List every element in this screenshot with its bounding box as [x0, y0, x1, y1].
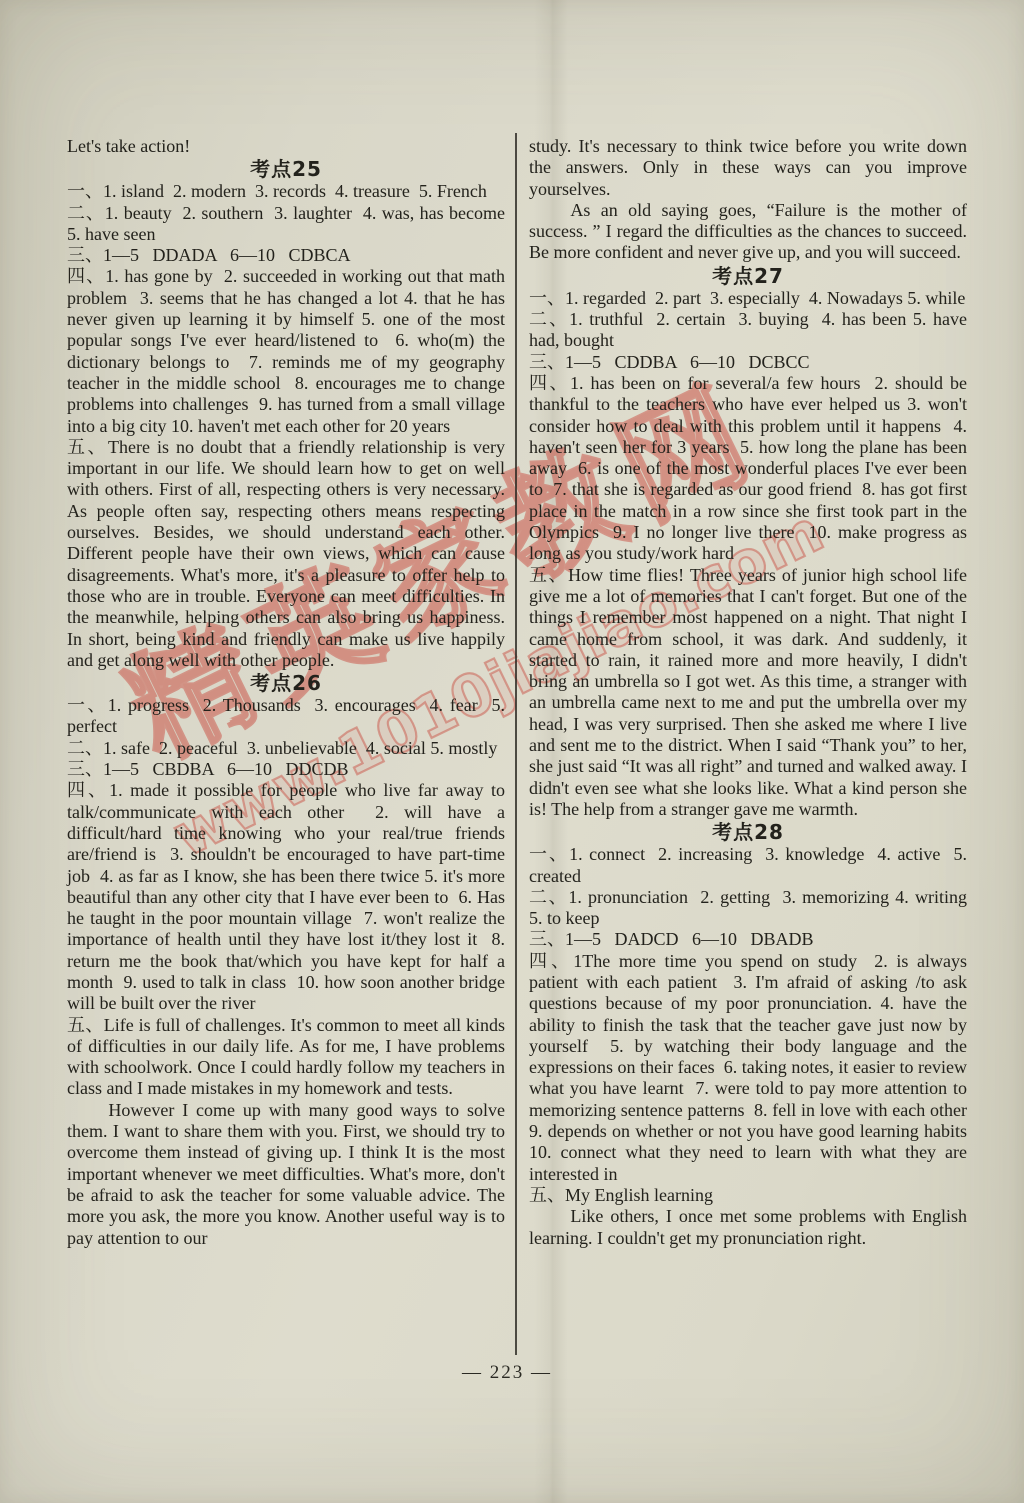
answers-section-3: 三、1—5 CBDBA 6—10 DDCDB — [67, 759, 505, 780]
answers-section-3: 三、1—5 DADCD 6—10 DBADB — [529, 929, 967, 950]
text-line: 五、My English learning — [529, 1185, 967, 1206]
answers-section-3: 三、1—5 DDADA 6—10 CDBCA — [67, 245, 505, 266]
answers-section-4: 四、1. has gone by 2. succeeded in working… — [67, 266, 505, 436]
answers-section-2: 二、1. truthful 2. certain 3. buying 4. ha… — [529, 309, 967, 352]
scanned-answer-page: 精英家教网 www.1010jiajiao.com Let's take act… — [0, 0, 1024, 1503]
page-number: — 223 — — [0, 1362, 1014, 1384]
essay-paragraph: 五、Life is full of challenges. It's commo… — [67, 1015, 505, 1100]
answers-section-2: 二、1. beauty 2. southern 3. laughter 4. w… — [67, 203, 505, 246]
heading-kaodian-26: 考点26 — [67, 671, 505, 695]
answers-section-1: 一、1. island 2. modern 3. records 4. trea… — [67, 181, 505, 202]
answers-section-4: 四、1. made it possible for people who liv… — [67, 780, 505, 1014]
essay-paragraph: However I come up with many good ways to… — [67, 1100, 505, 1249]
column-divider-rule — [515, 133, 517, 1355]
answers-section-4: 四、1. has been on for several/a few hours… — [529, 373, 967, 565]
essay-paragraph: 五、How time flies! Three years of junior … — [529, 565, 967, 821]
answers-section-1: 一、1. regarded 2. part 3. especially 4. N… — [529, 288, 967, 309]
essay-paragraph: Like others, I once met some problems wi… — [529, 1206, 967, 1249]
right-column: study. It's necessary to think twice bef… — [529, 136, 967, 1249]
answers-section-2: 二、1. safe 2. peaceful 3. unbelievable 4.… — [67, 738, 505, 759]
heading-kaodian-27: 考点27 — [529, 264, 967, 288]
essay-paragraph: As an old saying goes, “Failure is the m… — [529, 200, 967, 264]
answers-section-3: 三、1—5 CDDBA 6—10 DCBCC — [529, 352, 967, 373]
answers-section-2: 二、1. pronunciation 2. getting 3. memoriz… — [529, 887, 967, 930]
text-line: Let's take action! — [67, 136, 505, 157]
essay-paragraph: study. It's necessary to think twice bef… — [529, 136, 967, 200]
heading-kaodian-28: 考点28 — [529, 820, 967, 844]
left-column: Let's take action! 考点25 一、1. island 2. m… — [67, 136, 505, 1249]
answers-section-4: 四、1The more time you spend on study 2. i… — [529, 951, 967, 1185]
answers-section-1: 一、1. connect 2. increasing 3. knowledge … — [529, 844, 967, 887]
answers-section-1: 一、1. progress 2. Thousands 3. encourages… — [67, 695, 505, 738]
heading-kaodian-25: 考点25 — [67, 157, 505, 181]
essay-paragraph: 五、There is no doubt that a friendly rela… — [67, 437, 505, 671]
